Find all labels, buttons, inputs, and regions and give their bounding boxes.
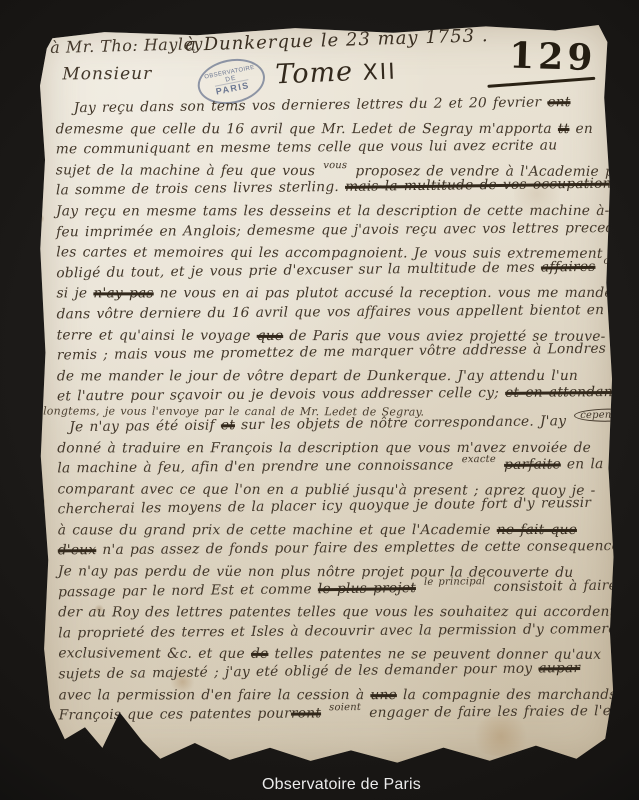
manuscript-text bbox=[618, 384, 624, 400]
manuscript-line: dans vôtre derniere du 16 avril que vos … bbox=[56, 300, 604, 325]
inserted-text: cependant bbox=[574, 408, 639, 422]
manuscript-text: la somme de trois cens livres sterling. bbox=[56, 179, 345, 199]
manuscript-text: sur les objets de nôtre correspondance. … bbox=[235, 413, 572, 433]
recipient-line: à Mr. Tho: Hayley bbox=[50, 34, 203, 57]
manuscript-line: d'eux n'a pas assez de fonds pour faire … bbox=[58, 537, 606, 562]
manuscript-text: la machine à feu, afin d'en prendre une … bbox=[57, 457, 459, 476]
manuscript-text: Jay reçu dans son tems vos dernieres let… bbox=[55, 94, 547, 116]
struck-text: n'ay pas bbox=[93, 286, 153, 302]
paper-stain bbox=[34, 212, 44, 224]
manuscript-text: la proprieté des terres et Isles à decou… bbox=[58, 621, 631, 642]
manuscript-text: exclusivement &c. et que bbox=[58, 646, 251, 663]
place-date-line: à Dunkerque le 23 may 1753 . bbox=[185, 25, 489, 56]
inserted-text: exacte bbox=[462, 454, 496, 465]
manuscript-text: sujets de sa majesté ; j'ay eté obligé d… bbox=[58, 661, 538, 683]
struck-text: une bbox=[370, 687, 397, 703]
struck-text: et en attendant bbox=[505, 384, 619, 401]
manuscript-text: feu imprimée en Anglois; demesme que j'a… bbox=[56, 219, 639, 240]
inserted-text: soient bbox=[329, 702, 361, 713]
manuscript-text: si je bbox=[56, 286, 93, 302]
struck-text: que bbox=[257, 327, 284, 343]
manuscript-text: en la bbox=[561, 456, 604, 472]
struck-text: parfaite bbox=[504, 457, 561, 473]
struck-text: tt bbox=[558, 121, 570, 137]
manuscript-text: avec la permission d'en faire la cession… bbox=[59, 687, 371, 703]
manuscript-text: Je n'ay pas été oisif bbox=[57, 417, 221, 435]
paper-stain bbox=[38, 496, 46, 506]
salutation: Monsieur bbox=[62, 64, 152, 84]
manuscript-text: passage par le nord Est et comme bbox=[58, 581, 318, 600]
manuscript-text: donné à traduire en François la descript… bbox=[57, 439, 591, 455]
manuscript-text: terre et qu'ainsi le voyage bbox=[57, 327, 257, 344]
struck-text: et bbox=[221, 417, 235, 433]
struck-text: d'eux bbox=[58, 543, 97, 559]
manuscript-line: me communiquant en mesme tems celle que … bbox=[56, 135, 604, 160]
manuscript-text: der au Roy des lettres patentes telles q… bbox=[58, 604, 615, 620]
manuscript-line: et l'autre pour sçavoir ou je devois vou… bbox=[57, 382, 605, 407]
inserted-text: mais enfin pour ne pas differer plus- bbox=[627, 380, 639, 393]
manuscript-text: sujet de la machine à feu que vous bbox=[56, 162, 321, 179]
manuscript-text: chercherai les moyens de la placer icy q… bbox=[57, 495, 591, 518]
volume-word: Tome bbox=[275, 56, 354, 90]
manuscript-text: ne vous en ai pas plutot accusé la recep… bbox=[154, 285, 621, 301]
manuscript-text: et l'autre pour sçavoir ou je devois vou… bbox=[57, 385, 505, 405]
manuscript-line: feu imprimée en Anglois; demesme que j'a… bbox=[56, 218, 604, 243]
page-number-underline bbox=[487, 77, 595, 88]
page-number: 129 bbox=[509, 35, 597, 80]
manuscript-line: Jay reçu dans son tems vos dernieres let… bbox=[55, 92, 603, 119]
caption-observatoire: Observatoire de Paris bbox=[262, 776, 421, 794]
manuscript-text: Jay reçu en mesme tams les desseins et l… bbox=[56, 203, 610, 219]
manuscript-line: la proprieté des terres et Isles à decou… bbox=[58, 619, 606, 644]
manuscript-text: engager de faire les fraies de l'entrepr… bbox=[363, 703, 639, 722]
struck-text: de bbox=[251, 646, 268, 662]
manuscript-text: obligé du tout, et je vous prie d'excuse… bbox=[56, 259, 541, 281]
manuscript-page: à Mr. Tho: Hayley à Dunkerque le 23 may … bbox=[35, 23, 617, 767]
volume-label: Tome XII bbox=[275, 55, 398, 91]
struck-text: affaires bbox=[541, 259, 596, 276]
manuscript-text: n'a pas assez de fonds pour faire des em… bbox=[96, 538, 624, 558]
manuscript-photo: à Mr. Tho: Hayley à Dunkerque le 23 may … bbox=[0, 0, 639, 800]
manuscript-text: en bbox=[569, 121, 593, 137]
manuscript-text: dans vôtre derniere du 16 avril que vos … bbox=[57, 302, 639, 323]
manuscript-line: François que ces patentes pourront soien… bbox=[59, 701, 607, 726]
struck-text: mais la multitude de vos occupations bbox=[345, 176, 619, 195]
manuscript-line: la machine à feu, afin d'en prendre une … bbox=[57, 454, 605, 479]
struck-text: ent bbox=[547, 94, 570, 110]
manuscript-text bbox=[416, 580, 422, 596]
inserted-text: vous bbox=[323, 160, 347, 171]
manuscript-text: consistoit à faire deman- bbox=[487, 577, 639, 595]
stamp-line-paris: PARIS bbox=[215, 79, 251, 97]
volume-number: XII bbox=[362, 60, 397, 86]
manuscript-text bbox=[595, 258, 601, 274]
inserted-text: le principal bbox=[424, 576, 486, 588]
struck-text: aupar bbox=[538, 660, 580, 677]
manuscript-text: demesme que celle du 16 avril que Mr. Le… bbox=[56, 121, 558, 137]
manuscript-text bbox=[321, 706, 327, 722]
letter-body: Jay reçu dans son tems vos dernieres let… bbox=[55, 96, 606, 727]
manuscript-text: de me mander le jour de vôtre depart de … bbox=[57, 368, 578, 384]
struck-text: le plus projet bbox=[318, 580, 416, 597]
struck-text: ront bbox=[291, 706, 321, 722]
manuscript-text: à cause du grand prix de cette machine e… bbox=[58, 522, 497, 538]
manuscript-text: François que ces patentes pour bbox=[59, 706, 291, 724]
manuscript-text: me communiquant en mesme tems celle que … bbox=[56, 138, 558, 158]
inserted-text: occupations bbox=[603, 255, 639, 267]
manuscript-text: remis ; mais vous me promettez de me mar… bbox=[57, 341, 627, 364]
